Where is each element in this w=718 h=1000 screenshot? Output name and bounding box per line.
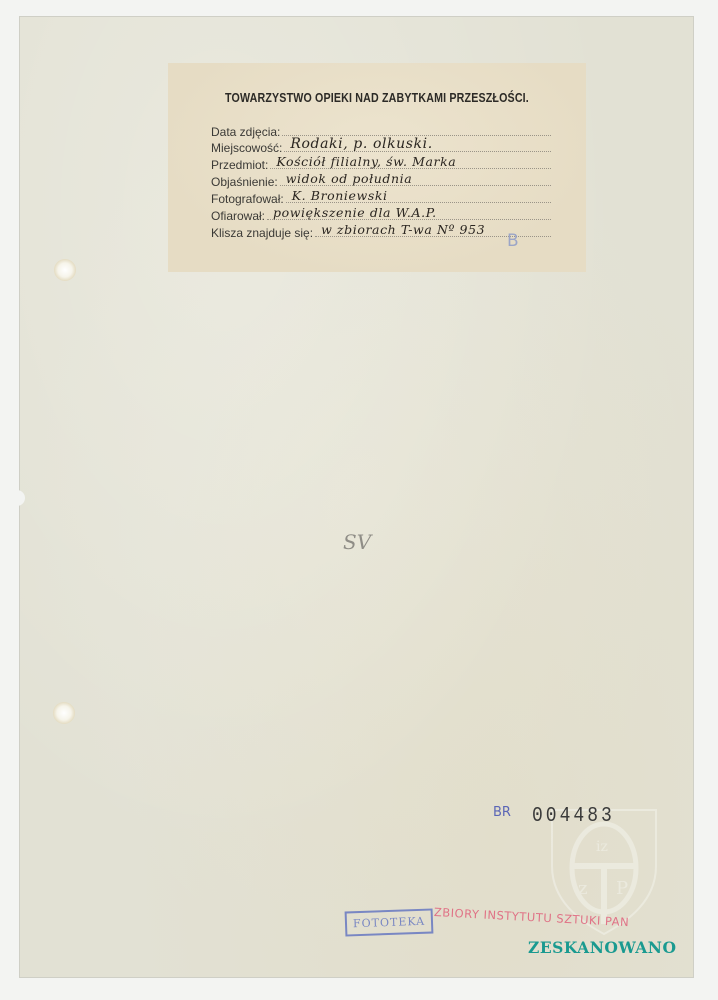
label-title: TOWARZYSTWO OPIEKI NAD ZABYTKAMI PRZESZŁ… — [206, 90, 549, 105]
edge-notch — [17, 490, 25, 506]
field-donor: Ofiarował: powiększenie dla W.A.P. — [211, 207, 551, 223]
field-photographer: Fotografował: K. Broniewski — [211, 190, 551, 206]
scanned-stamp: ZESKANOWANO — [528, 938, 676, 957]
punch-hole-top — [54, 259, 76, 281]
catalog-label: TOWARZYSTWO OPIEKI NAD ZABYTKAMI PRZESZŁ… — [168, 63, 586, 272]
field-description: Objaśnienie: widok od południa — [211, 173, 551, 189]
fototeka-stamp: FOTOTEKA — [345, 908, 434, 936]
svg-text:P: P — [616, 878, 628, 899]
stamp-letter-b: B — [507, 231, 519, 251]
field-location: Miejscowość: Rodaki, p. olkuski. — [211, 139, 551, 155]
svg-text:z: z — [578, 878, 587, 899]
field-negative: Klisza znajduje się: w zbiorach T-wa Nº … — [211, 224, 551, 240]
svg-text:iz: iz — [596, 839, 608, 855]
inventory-prefix: BR — [493, 805, 511, 820]
inventory-number: 004483 — [532, 804, 615, 828]
punch-hole-bottom — [53, 702, 75, 724]
field-subject: Przedmiot: Kościół filialny, św. Marka — [211, 156, 551, 172]
pencil-mark: SV — [343, 530, 371, 554]
